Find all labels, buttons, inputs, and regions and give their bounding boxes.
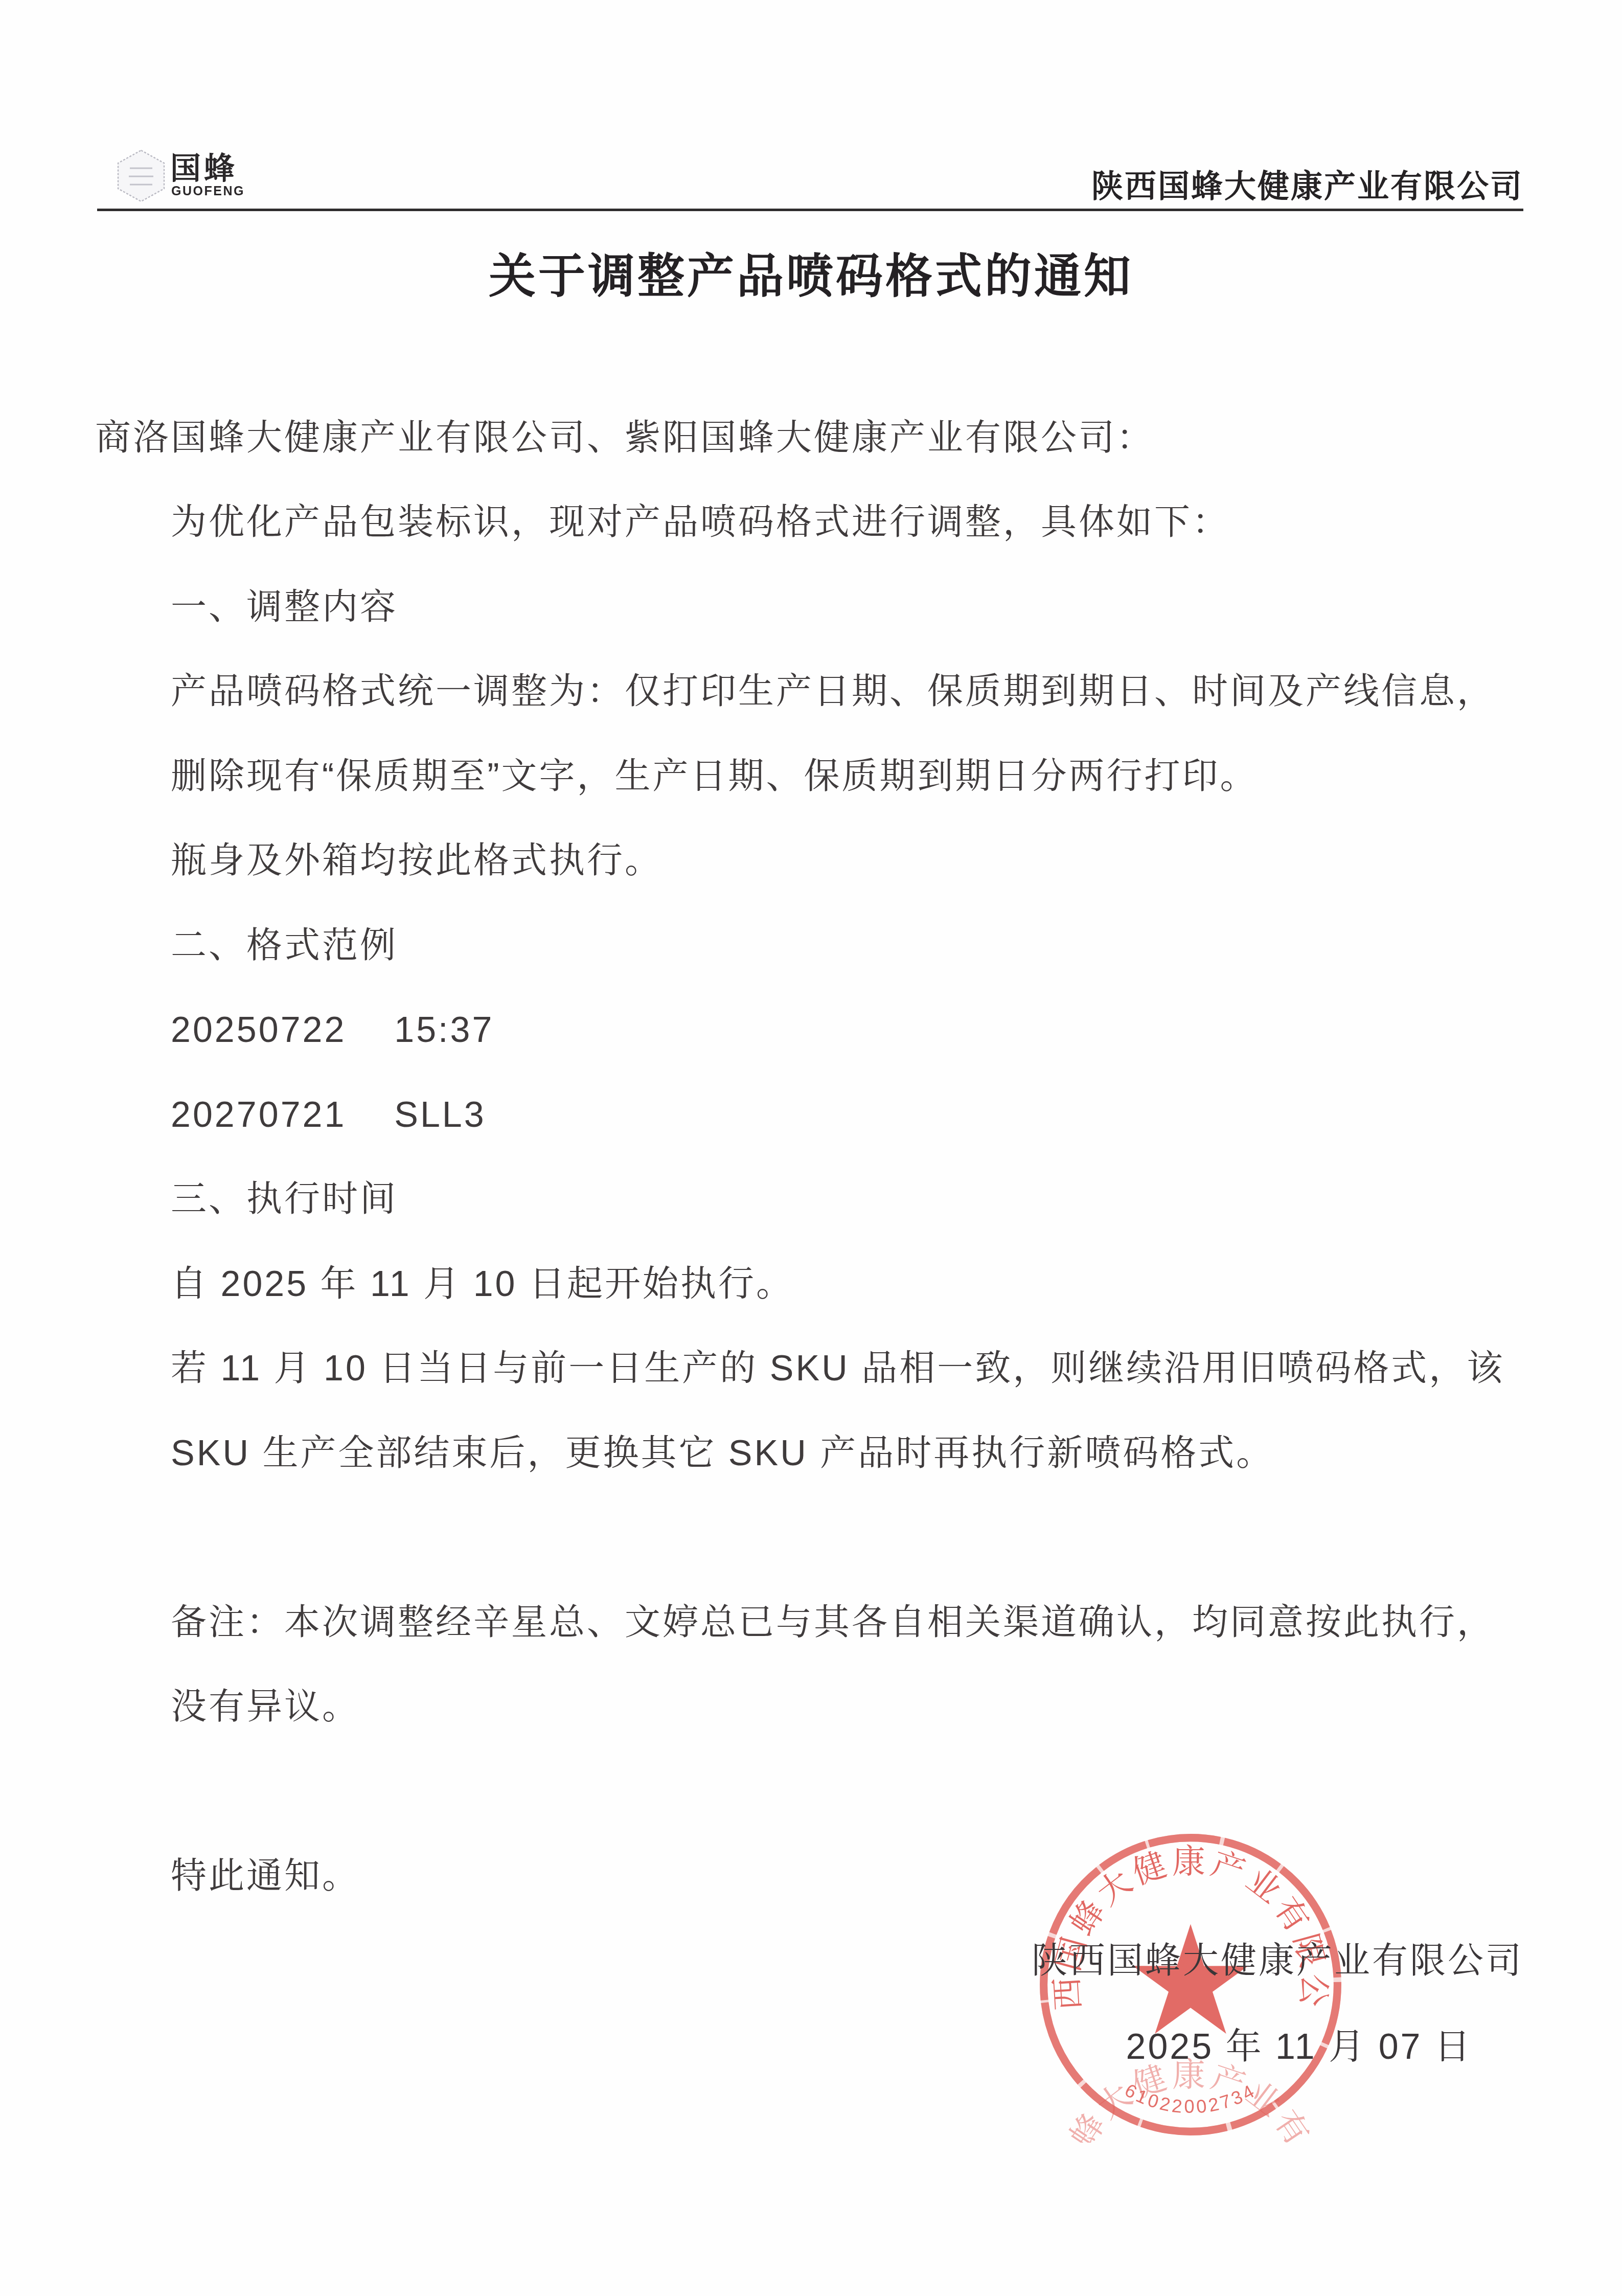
section-3-text-line: 若 11 月 10 日当日与前一日生产的 SKU 品相一致，则继续沿用旧喷码格式… bbox=[171, 1348, 1504, 1389]
remark-line: 没有异议。 bbox=[171, 1686, 360, 1727]
document-title: 关于调整产品喷码格式的通知 bbox=[0, 253, 1622, 300]
section-1-text-line: 瓶身及外箱均按此格式执行。 bbox=[171, 840, 662, 881]
signature-date: 2025 年 11 月 07 日 bbox=[1126, 2029, 1473, 2064]
code-example-line: 20250722 15:37 bbox=[171, 1009, 494, 1051]
section-1-text-line: 产品喷码格式统一调整为：仅打印生产日期、保质期到期日、时间及产线信息， bbox=[171, 671, 1495, 712]
section-3-text-line: SKU 生产全部结束后，更换其它 SKU 产品时再执行新喷码格式。 bbox=[171, 1433, 1274, 1474]
section-2-heading: 二、格式范例 bbox=[171, 925, 398, 966]
addressee-line: 商洛国蜂大健康产业有限公司、紫阳国蜂大健康产业有限公司： bbox=[95, 417, 1154, 459]
header-divider bbox=[97, 209, 1523, 211]
signature-company-name: 陕西国蜂大健康产业有限公司 bbox=[1032, 1943, 1523, 1979]
section-3-text-line: 自 2025 年 11 月 10 日起开始执行。 bbox=[171, 1263, 794, 1305]
guofeng-logo-hexagon-icon bbox=[116, 149, 167, 203]
section-1-text-line: 删除现有“保质期至”文字，生产日期、保质期到期日分两行打印。 bbox=[171, 756, 1258, 797]
company-seal-stamp: 陕西国蜂大健康产业有限公司 陕西国蜂大健康产业有限公司 61022002734 bbox=[1033, 1827, 1349, 2143]
intro-line: 为优化产品包装标识，现对产品喷码格式进行调整，具体如下： bbox=[171, 502, 1230, 543]
code-example-line: 20270721 SLL3 bbox=[171, 1094, 486, 1135]
remark-line: 备注：本次调整经辛星总、文婷总已与其各自相关渠道确认，均同意按此执行， bbox=[171, 1602, 1495, 1643]
closing-line: 特此通知。 bbox=[171, 1855, 360, 1897]
logo-en-text: GUOFENG bbox=[171, 185, 245, 198]
section-3-heading: 三、执行时间 bbox=[171, 1178, 398, 1220]
section-1-heading: 一、调整内容 bbox=[171, 586, 398, 628]
document-page: 国蜂 GUOFENG 陕西国蜂大健康产业有限公司 关于调整产品喷码格式的通知 商… bbox=[0, 0, 1622, 2296]
logo-cn-text: 国蜂 bbox=[170, 153, 238, 184]
header-company-name: 陕西国蜂大健康产业有限公司 bbox=[1091, 171, 1523, 203]
